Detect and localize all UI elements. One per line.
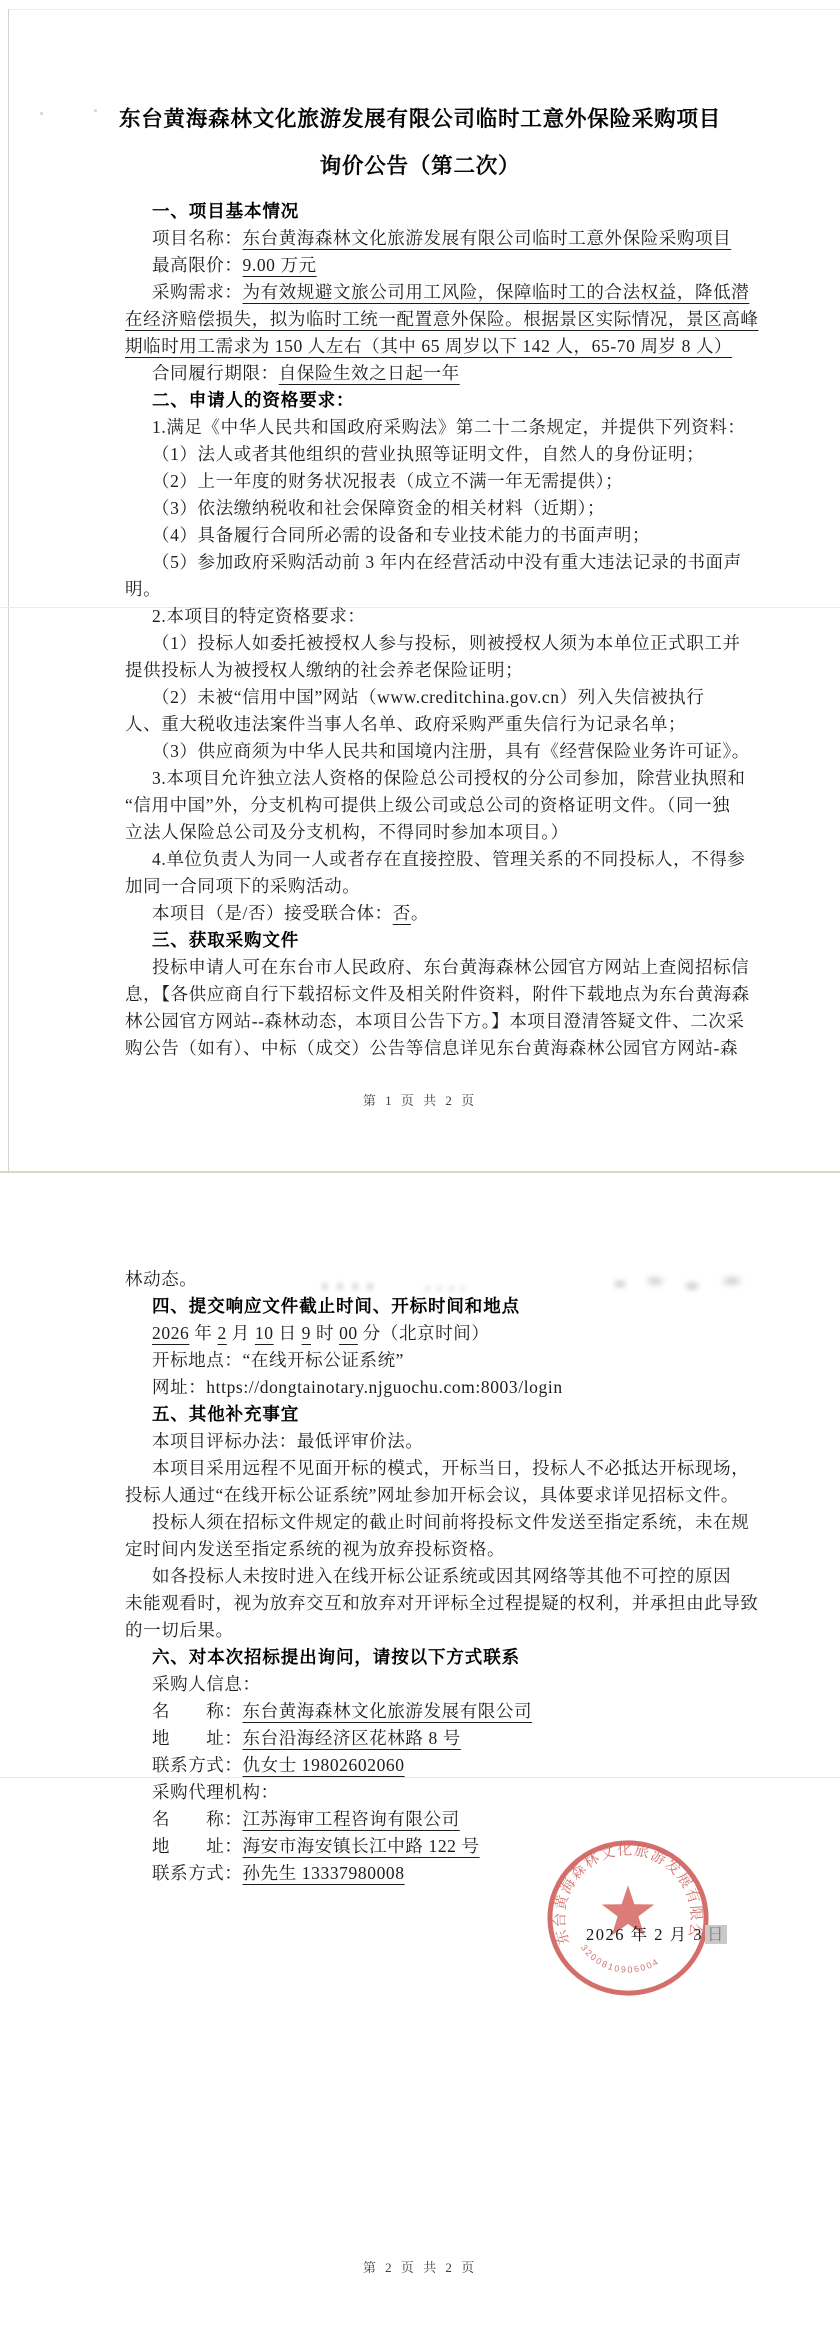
text-segment: 地 址： [152,1728,243,1748]
text-segment: 1.满足《中华人民共和国政府采购法》第二十二条规定，并提供下列资料： [152,417,746,437]
text-segment: 联系方式： [152,1863,243,1883]
text-line: 如各投标人未按时进入在线开标公证系统或因其网络等其他不可控的原因 [125,1563,795,1590]
text-segment: 人、重大税收违法案件当事人名单、政府采购严重失信行为记录名单； [125,714,686,734]
text-line: 的一切后果。 [125,1617,795,1644]
text-line: （5）参加政府采购活动前 3 年内在经营活动中没有重大违法记录的书面声 [125,549,795,576]
company-seal: 东台黄海森林文化旅游发展有限公司 3200810906004 [543,1834,713,2002]
text-segment: （5）参加政府采购活动前 3 年内在经营活动中没有重大违法记录的书面声 [152,552,742,572]
text-line: 本项目评标办法：最低评审价法。 [125,1428,795,1455]
underlined-text: 自保险生效之日起一年 [279,363,460,383]
text-segment: （2）上一年度的财务状况报表（成立不满一年无需提供）； [152,471,623,491]
text-line: 采购人信息： [125,1671,795,1698]
text-segment: 4.单位负责人为同一人或者存在直接控股、管理关系的不同投标人，不得参 [152,849,746,869]
text-segment: 地 址： [152,1836,243,1856]
text-segment: 未能观看时，视为放弃交互和放弃对开评标全过程提疑的权利，并承担由此导致 [125,1593,759,1613]
text-segment: 息，【各供应商自行下载招标文件及相关附件资料，附件下载地点为东台黄海森 [125,984,750,1004]
underlined-text: 2 [217,1323,226,1343]
page-divider-line [0,1171,840,1173]
underlined-text: 9.00 万元 [243,255,317,275]
underlined-text: 9 [302,1323,311,1343]
section-heading: 一、项目基本情况 [125,198,795,225]
title-line-1: 东台黄海森林文化旅游发展有限公司临时工意外保险采购项目 [0,104,840,134]
text-line: 本项目（是/否）接受联合体：否。 [125,900,795,927]
text-line: 购公告（如有）、中标（成交）公告等信息详见东台黄海森林公园官方网站-森 [125,1035,795,1062]
text-segment: 明。 [125,579,161,599]
text-segment: 四、提交响应文件截止时间、开标时间和地点 [152,1296,520,1316]
page-2-body: 林动态。四、提交响应文件截止时间、开标时间和地点2026 年 2 月 10 日 … [125,1266,795,1887]
underlined-text: 在经济赔偿损失，拟为临时工统一配置意外保险。根据景区实际情况，景区高峰 [125,309,759,329]
title-line-2: 询价公告（第二次） [0,151,840,181]
text-segment: 最高限价： [152,255,243,275]
text-line: 加同一合同项下的采购活动。 [125,873,795,900]
text-segment: 二、申请人的资格要求： [152,390,354,410]
company-seal-graphic: 东台黄海森林文化旅游发展有限公司 3200810906004 [543,1834,713,2002]
text-line: 采购代理机构： [125,1779,795,1806]
text-line: 投标人通过“在线开标公证系统”网址参加开标会议，具体要求详见招标文件。 [125,1482,795,1509]
section-heading: 二、申请人的资格要求： [125,387,795,414]
text-segment: 的一切后果。 [125,1620,234,1640]
text-line: 项目名称：东台黄海森林文化旅游发展有限公司临时工意外保险采购项目 [125,225,795,252]
underlined-text: 东台黄海森林文化旅游发展有限公司 [243,1701,533,1721]
text-line: 未能观看时，视为放弃交互和放弃对开评标全过程提疑的权利，并承担由此导致 [125,1590,795,1617]
page-1-body: 一、项目基本情况项目名称：东台黄海森林文化旅游发展有限公司临时工意外保险采购项目… [125,198,795,1062]
underlined-text: 孙先生 13337980008 [243,1863,405,1883]
text-line: 地 址：东台沿海经济区花林路 8 号 [125,1725,795,1752]
text-line: （2）未被“信用中国”网站（www.creditchina.gov.cn）列入失… [125,684,795,711]
underlined-text: 东台黄海森林文化旅游发展有限公司临时工意外保险采购项目 [243,228,732,248]
text-segment: 立法人保险总公司及分支机构，不得同时参加本项目。） [125,822,569,842]
text-line: （2）上一年度的财务状况报表（成立不满一年无需提供）； [125,468,795,495]
text-segment: 2.本项目的特定资格要求： [152,606,365,626]
text-segment: 本项目评标办法：最低评审价法。 [152,1431,424,1451]
text-line: 林公园官方网站--森林动态，本项目公告下方。】本项目澄清答疑文件、二次采 [125,1008,795,1035]
section-heading: 三、获取采购文件 [125,927,795,954]
text-line: 息，【各供应商自行下载招标文件及相关附件资料，附件下载地点为东台黄海森 [125,981,795,1008]
text-segment: 定时间内发送至指定系统的视为放弃投标资格。 [125,1539,505,1559]
text-segment: 合同履行期限： [152,363,279,383]
text-segment: 名 称： [152,1809,243,1829]
text-segment: 网址：https://dongtainotary.njguochu.com:80… [152,1377,563,1397]
text-segment: 联系方式： [152,1755,243,1775]
text-line: 投标申请人可在东台市人民政府、东台黄海森林公园官方网站上查阅招标信 [125,954,795,981]
text-line: 2026 年 2 月 10 日 9 时 00 分（北京时间） [125,1320,795,1347]
text-line: 合同履行期限：自保险生效之日起一年 [125,360,795,387]
text-segment: 购公告（如有）、中标（成交）公告等信息详见东台黄海森林公园官方网站-森 [125,1038,738,1058]
text-line: 名 称：东台黄海森林文化旅游发展有限公司 [125,1698,795,1725]
text-segment: 投标人通过“在线开标公证系统”网址参加开标会议，具体要求详见招标文件。 [125,1485,739,1505]
underlined-text: 仇女士 19802602060 [243,1755,405,1775]
section-heading: 五、其他补充事宜 [125,1401,795,1428]
page1-top-edge-line [8,9,840,10]
text-segment: （2）未被“信用中国”网站（www.creditchina.gov.cn）列入失… [152,687,704,707]
text-line: 在经济赔偿损失，拟为临时工统一配置意外保险。根据景区实际情况，景区高峰 [125,306,795,333]
seal-date-text: 2026 年 2 月 3 [586,1925,703,1944]
text-line: 网址：https://dongtainotary.njguochu.com:80… [125,1374,795,1401]
text-segment: 六、对本次招标提出询问，请按以下方式联系 [152,1647,520,1667]
text-line: （3）供应商须为中华人民共和国境内注册，具有《经营保险业务许可证》。 [125,738,795,765]
seal-date-day: 日 [705,1925,727,1944]
text-line: 4.单位负责人为同一人或者存在直接控股、管理关系的不同投标人，不得参 [125,846,795,873]
text-segment: 名 称： [152,1701,243,1721]
svg-text:3200810906004: 3200810906004 [579,1943,661,1975]
text-line: （1）法人或者其他组织的营业执照等证明文件，自然人的身份证明； [125,441,795,468]
text-line: 采购需求：为有效规避文旅公司用工风险，保障临时工的合法权益，降低潜 [125,279,795,306]
text-line: 投标人须在招标文件规定的截止时间前将投标文件发送至指定系统，未在规 [125,1509,795,1536]
underlined-text: 为有效规避文旅公司用工风险，保障临时工的合法权益，降低潜 [243,282,750,302]
text-line: 名 称：江苏海审工程咨询有限公司 [125,1806,795,1833]
text-segment: 月 [227,1323,255,1343]
page1-left-edge-line [8,9,9,1172]
text-segment: 日 [274,1323,302,1343]
text-segment: 本项目采用远程不见面开标的模式，开标当日，投标人不必抵达开标现场， [152,1458,749,1478]
text-line: （4）具备履行合同所必需的设备和专业技术能力的书面声明； [125,522,795,549]
underlined-text: 江苏海审工程咨询有限公司 [243,1809,460,1829]
text-line: 2.本项目的特定资格要求： [125,603,795,630]
text-segment: 林动态。 [125,1269,197,1289]
text-segment: 投标人须在招标文件规定的截止时间前将投标文件发送至指定系统，未在规 [152,1512,749,1532]
text-line: 人、重大税收违法案件当事人名单、政府采购严重失信行为记录名单； [125,711,795,738]
text-segment: 五、其他补充事宜 [152,1404,299,1424]
text-segment: 采购人信息： [152,1674,261,1694]
page-2-footer: 第 2 页 共 2 页 [0,2257,840,2276]
underlined-text: 00 [339,1323,358,1343]
text-segment: 如各投标人未按时进入在线开标公证系统或因其网络等其他不可控的原因 [152,1566,731,1586]
text-segment: 三、获取采购文件 [152,930,299,950]
page-1-footer: 第 1 页 共 2 页 [0,1090,840,1109]
text-line: 联系方式：仇女士 19802602060 [125,1752,795,1779]
section-heading: 四、提交响应文件截止时间、开标时间和地点 [125,1293,795,1320]
text-segment: “信用中国”外，分支机构可提供上级公司或总公司的资格证明文件。（同一独 [125,795,730,815]
text-segment: 林公园官方网站--森林动态，本项目公告下方。】本项目澄清答疑文件、二次采 [125,1011,745,1031]
text-segment: 提供投标人为被授权人缴纳的社会养老保险证明； [125,660,523,680]
seal-date: 2026 年 2 月 3日 [586,1921,727,1945]
text-line: 林动态。 [125,1266,795,1293]
text-segment: 本项目（是/否）接受联合体： [152,903,393,923]
text-line: 定时间内发送至指定系统的视为放弃投标资格。 [125,1536,795,1563]
text-segment: 投标申请人可在东台市人民政府、东台黄海森林公园官方网站上查阅招标信 [152,957,749,977]
text-line: 立法人保险总公司及分支机构，不得同时参加本项目。） [125,819,795,846]
text-segment: 3.本项目允许独立法人资格的保险总公司授权的分公司参加，除营业执照和 [152,768,746,788]
section-heading: 六、对本次招标提出询问，请按以下方式联系 [125,1644,795,1671]
text-line: 期临时用工需求为 150 人左右（其中 65 周岁以下 142 人，65-70 … [125,333,795,360]
text-line: 开标地点：“在线开标公证系统” [125,1347,795,1374]
underlined-text: 海安市海安镇长江中路 122 号 [243,1836,480,1856]
text-line: “信用中国”外，分支机构可提供上级公司或总公司的资格证明文件。（同一独 [125,792,795,819]
text-line: 3.本项目允许独立法人资格的保险总公司授权的分公司参加，除营业执照和 [125,765,795,792]
text-segment: 采购代理机构： [152,1782,279,1802]
text-line: 明。 [125,576,795,603]
text-segment: 一、项目基本情况 [152,201,299,221]
underlined-text: 否 [393,903,411,923]
text-line: 最高限价：9.00 万元 [125,252,795,279]
text-segment: 加同一合同项下的采购活动。 [125,876,360,896]
text-segment: （1）投标人如委托被授权人参与投标，则被授权人须为本单位正式职工并 [152,633,741,653]
seal-serial-number: 3200810906004 [579,1943,661,1975]
text-line: 本项目采用远程不见面开标的模式，开标当日，投标人不必抵达开标现场， [125,1455,795,1482]
text-segment: （1）法人或者其他组织的营业执照等证明文件，自然人的身份证明； [152,444,704,464]
text-segment: （3）供应商须为中华人民共和国境内注册，具有《经营保险业务许可证》。 [152,741,750,761]
text-segment: 开标地点：“在线开标公证系统” [152,1350,404,1370]
text-segment: 。 [411,903,429,923]
underlined-text: 2026 [152,1323,189,1343]
text-line: （3）依法缴纳税收和社会保障资金的相关材料（近期）； [125,495,795,522]
text-segment: 时 [311,1323,339,1343]
underlined-text: 期临时用工需求为 150 人左右（其中 65 周岁以下 142 人，65-70 … [125,336,732,356]
text-segment: 年 [189,1323,217,1343]
text-segment: 项目名称： [152,228,243,248]
text-segment: （4）具备履行合同所必需的设备和专业技术能力的书面声明； [152,525,650,545]
underlined-text: 10 [255,1323,274,1343]
document-title: 东台黄海森林文化旅游发展有限公司临时工意外保险采购项目 询价公告（第二次） [0,104,840,181]
text-segment: 分（北京时间） [358,1323,490,1343]
text-segment: 采购需求： [152,282,243,302]
text-line: 提供投标人为被授权人缴纳的社会养老保险证明； [125,657,795,684]
text-line: （1）投标人如委托被授权人参与投标，则被授权人须为本单位正式职工并 [125,630,795,657]
text-segment: （3）依法缴纳税收和社会保障资金的相关材料（近期）； [152,498,605,518]
underlined-text: 东台沿海经济区花林路 8 号 [243,1728,461,1748]
text-line: 1.满足《中华人民共和国政府采购法》第二十二条规定，并提供下列资料： [125,414,795,441]
scanned-document-page: { "doc": { "title_line1": "东台黄海森林文化旅游发展有… [0,0,840,2344]
